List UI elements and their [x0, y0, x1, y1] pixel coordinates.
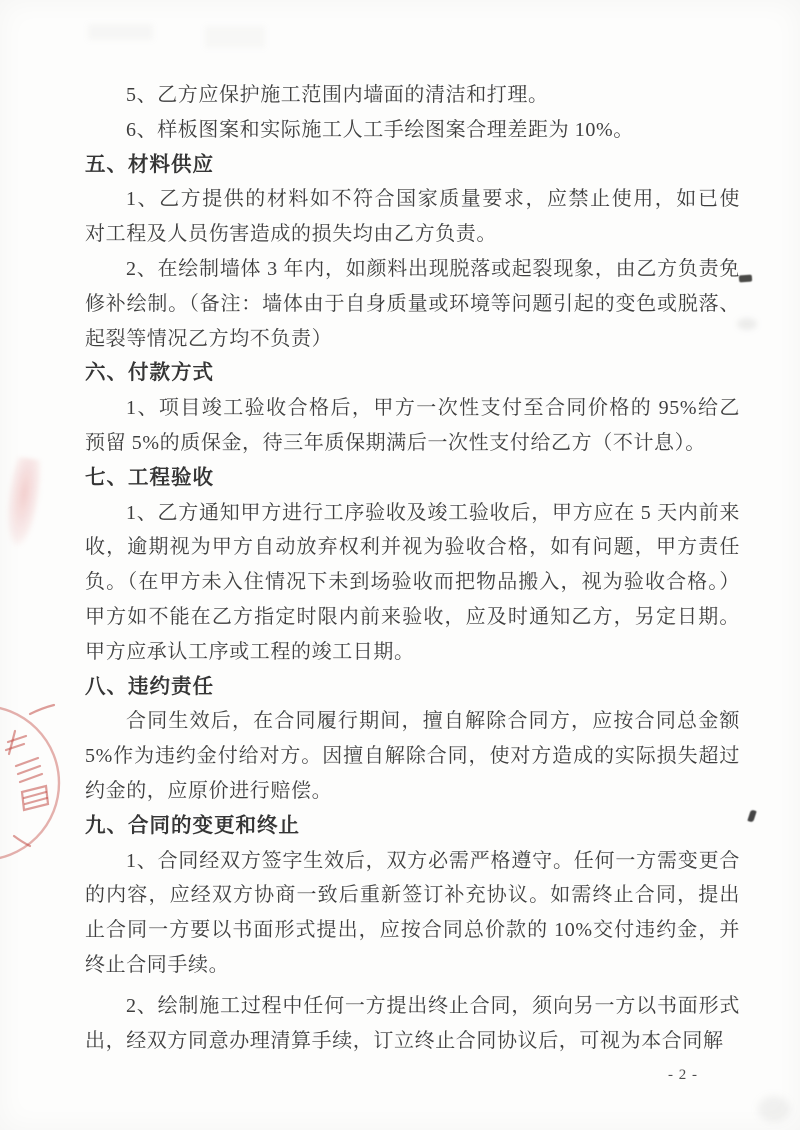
red-ink-smudge	[2, 456, 44, 547]
clause-line: 止合同一方要以书面形式提出，应按合同总价款的 10%交付违约金，并办理	[85, 913, 740, 948]
ink-speck	[747, 809, 756, 822]
clause-line: 预留 5%的质保金，待三年质保期满后一次性支付给乙方（不计息）。	[85, 426, 740, 461]
clause-line: 6、样板图案和实际施工人工手绘图案合理差距为 10%。	[85, 113, 740, 148]
scan-smudge	[758, 1096, 790, 1122]
clause-line: 出，经双方同意办理清算手续，订立终止合同协议后，可视为本合同解除。	[85, 1024, 740, 1059]
clause-line: 负。（在甲方未入住情况下未到场验收而把物品搬入，视为验收合格。）	[85, 565, 740, 600]
section-heading-material-supply: 五、材料供应	[85, 148, 740, 183]
clause-line: 甲方应承认工序或工程的竣工日期。	[85, 635, 740, 670]
clause-line: 合同生效后，在合同履行期间，擅自解除合同方，应按合同总金额的	[85, 704, 740, 739]
section-heading-project-acceptance: 七、工程验收	[85, 461, 740, 496]
section-heading-breach-liability: 八、违约责任	[85, 670, 740, 705]
clause-line: 收，逾期视为甲方自动放弃权利并视为验收合格，如有问题，甲方责任自	[85, 530, 740, 565]
clause-line: 对工程及人员伤害造成的损失均由乙方负责。	[85, 217, 740, 252]
section-heading-payment-method: 六、付款方式	[85, 356, 740, 391]
clause-line: 5、乙方应保护施工范围内墙面的清洁和打理。	[85, 78, 740, 113]
clause-line: 1、项目竣工验收合格后，甲方一次性支付至合同价格的 95%给乙方，	[85, 391, 740, 426]
clause-line: 1、乙方通知甲方进行工序验收及竣工验收后，甲方应在 5 天内前来验	[85, 496, 740, 531]
clause-line: 2、在绘制墙体 3 年内，如颜料出现脱落或起裂现象，由乙方负责免费	[85, 252, 740, 287]
clause-line: 1、合同经双方签字生效后，双方必需严格遵守。任何一方需变更合同	[85, 844, 740, 879]
contract-page-scan: 5、乙方应保护施工范围内墙面的清洁和打理。 6、样板图案和实际施工人工手绘图案合…	[0, 0, 800, 1130]
clause-line: 的内容，应经双方协商一致后重新签订补充协议。如需终止合同，提出终	[85, 878, 740, 913]
clause-line: 约金的，应原价进行赔偿。	[85, 774, 740, 809]
clause-line: 起裂等情况乙方均不负责）	[85, 322, 740, 357]
ink-speck	[739, 275, 752, 283]
section-heading-contract-change-termination: 九、合同的变更和终止	[85, 809, 740, 844]
scan-smudge	[737, 318, 757, 330]
clause-line: 5%作为违约金付给对方。因擅自解除合同，使对方造成的实际损失超过违	[85, 739, 740, 774]
red-seal-stamp	[0, 698, 70, 878]
scan-smudge	[88, 24, 153, 40]
clause-line: 2、绘制施工过程中任何一方提出终止合同，须向另一方以书面形式提	[85, 989, 740, 1024]
page-number: - 2 -	[668, 1064, 698, 1086]
scan-smudge	[205, 26, 265, 48]
clause-line: 甲方如不能在乙方指定时限内前来验收，应及时通知乙方，另定日期。但	[85, 600, 740, 635]
clause-line: 终止合同手续。	[85, 948, 740, 983]
contract-text: 5、乙方应保护施工范围内墙面的清洁和打理。 6、样板图案和实际施工人工手绘图案合…	[85, 78, 740, 1058]
clause-line: 1、乙方提供的材料如不符合国家质量要求，应禁止使用，如已使用，	[85, 182, 740, 217]
clause-line: 修补绘制。（备注：墙体由于自身质量或环境等问题引起的变色或脱落、	[85, 287, 740, 322]
